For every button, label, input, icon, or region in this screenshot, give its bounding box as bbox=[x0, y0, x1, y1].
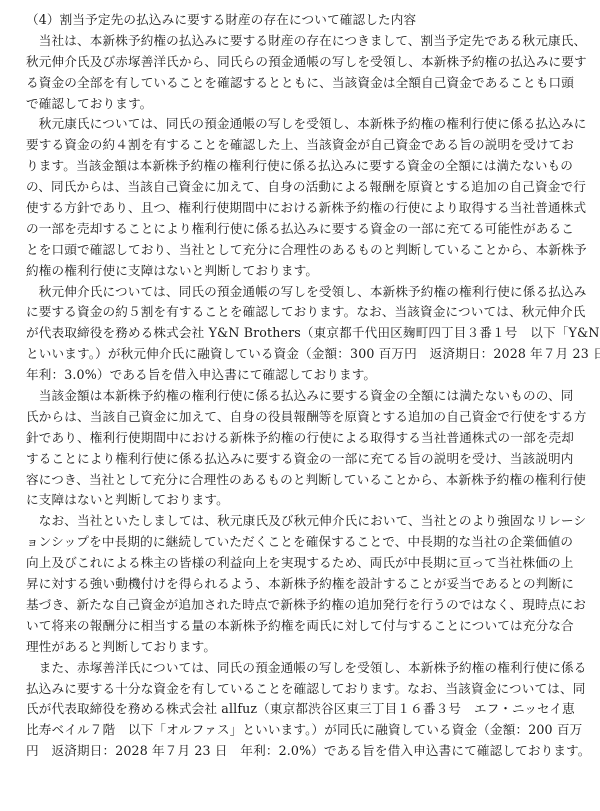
text-line: といいます。）が秋元伸介氏に融資している資金（金額：300 百万円 返済期日：2… bbox=[26, 344, 582, 365]
text-line: 円 返済期日：2028 年７月 23 日 年利：2.0%）である旨を借入申込書に… bbox=[26, 741, 582, 762]
text-line: の一部を売却することにより権利行使に係る払込みに要する資金の一部に充てる可能性が… bbox=[26, 219, 582, 240]
text-line: に要する資金の約５割を有することを確認しております。なお、当該資金については、秋… bbox=[26, 302, 582, 323]
text-line: 秋元伸介氏及び赤塚善洋氏から、同氏らの預金通帳の写しを受領し、本新株予約権の払込… bbox=[26, 52, 582, 73]
text-line bbox=[26, 762, 582, 783]
text-line: 比寿ベイル７階 以下「オルファス」といいます。）が同氏に融資している資金（金額：… bbox=[26, 720, 582, 741]
text-line: が代表取締役を務める株式会社 Y&N Brothers（東京都千代田区麹町四丁目… bbox=[26, 323, 582, 344]
text-line: の、同氏からは、当該自己資金に加えて、自身の活動による報酬を原資とする追加の自己… bbox=[26, 177, 582, 198]
text-line: 秋元康氏については、同氏の預金通帳の写しを受領し、本新株予約権の権利行使に係る払… bbox=[26, 114, 582, 135]
text-line: 要する資金の約４割を有することを確認した上、当該資金が自己資金である旨の説明を受… bbox=[26, 135, 582, 156]
text-line: 基づき、新たな自己資金が追加された時点で新株予約権の追加発行を行うのではなく、現… bbox=[26, 595, 582, 616]
text-line: 理性があると判断しております。 bbox=[26, 637, 582, 658]
document-page: （4）割当予定先の払込みに要する財産の存在について確認した内容 当社は、本新株予… bbox=[26, 10, 582, 783]
text-line: また、赤塚善洋氏については、同氏の預金通帳の写しを受領し、本新株予約権の権利行使… bbox=[26, 658, 582, 679]
text-line: とを口頭で確認しており、当社として充分に合理性のあるものと判断していることから、… bbox=[26, 240, 582, 261]
text-line: 当社は、本新株予約権の払込みに要する財産の存在につきまして、割当予定先である秋元… bbox=[26, 31, 582, 52]
text-line: 容につき、当社として充分に合理性のあるものと判断していることから、本新株予約権の… bbox=[26, 470, 582, 491]
text-line: ョンシップを中長期的に継続していただくことを確保することで、中長期的な当社の企業… bbox=[26, 532, 582, 553]
text-line: 年利：3.0%）である旨を借入申込書にて確認しております。 bbox=[26, 365, 582, 386]
section-heading: （4）割当予定先の払込みに要する財産の存在について確認した内容 bbox=[26, 10, 582, 31]
text-line: ります。当該金額は本新株予約権の権利行使に係る払込みに要する資金の全額には満たな… bbox=[26, 156, 582, 177]
text-line: 針であり、権利行使期間中における新株予約権の行使による取得する当社普通株式の一部… bbox=[26, 428, 582, 449]
text-line: なお、当社といたしましては、秋元康氏及び秋元伸介氏において、当社とのより強固なリ… bbox=[26, 511, 582, 532]
text-line: 昇に対する強い動機付けを得られるよう、本新株予約権を設計することが妥当であるとの… bbox=[26, 574, 582, 595]
text-line: 払込みに要する十分な資金を有していることを確認しております。なお、当該資金につい… bbox=[26, 679, 582, 700]
text-line: で確認しております。 bbox=[26, 94, 582, 115]
text-line: 氏からは、当該自己資金に加えて、自身の役員報酬等を原資とする追加の自己資金で行使… bbox=[26, 407, 582, 428]
text-line: に支障はないと判断しております。 bbox=[26, 490, 582, 511]
text-line: 使する方針であり、且つ、権利行使期間中における新株予約権の行使により取得する当社… bbox=[26, 198, 582, 219]
text-line: 向上及びこれによる株主の皆様の利益向上を実現するため、両氏が中長期に亘って当社株… bbox=[26, 553, 582, 574]
text-line: る資金の全部を有していることを確認するとともに、当該資金は全額自己資金であること… bbox=[26, 73, 582, 94]
text-line: することにより権利行使に係る払込みに要する資金の一部に充てる旨の説明を受け、当該… bbox=[26, 449, 582, 470]
text-line: 氏が代表取締役を務める株式会社 allfuz（東京都渋谷区東三丁目１６番３号 エ… bbox=[26, 699, 582, 720]
text-line: いて将来の報酬分に相当する量の本新株予約権を両氏に対して付与することについては充… bbox=[26, 616, 582, 637]
text-line: 当該金額は本新株予約権の権利行使に係る払込みに要する資金の全額には満たないものの… bbox=[26, 386, 582, 407]
text-line: 約権の権利行使に支障はないと判断しております。 bbox=[26, 261, 582, 282]
text-line: 秋元伸介氏については、同氏の預金通帳の写しを受領し、本新株予約権の権利行使に係る… bbox=[26, 282, 582, 303]
